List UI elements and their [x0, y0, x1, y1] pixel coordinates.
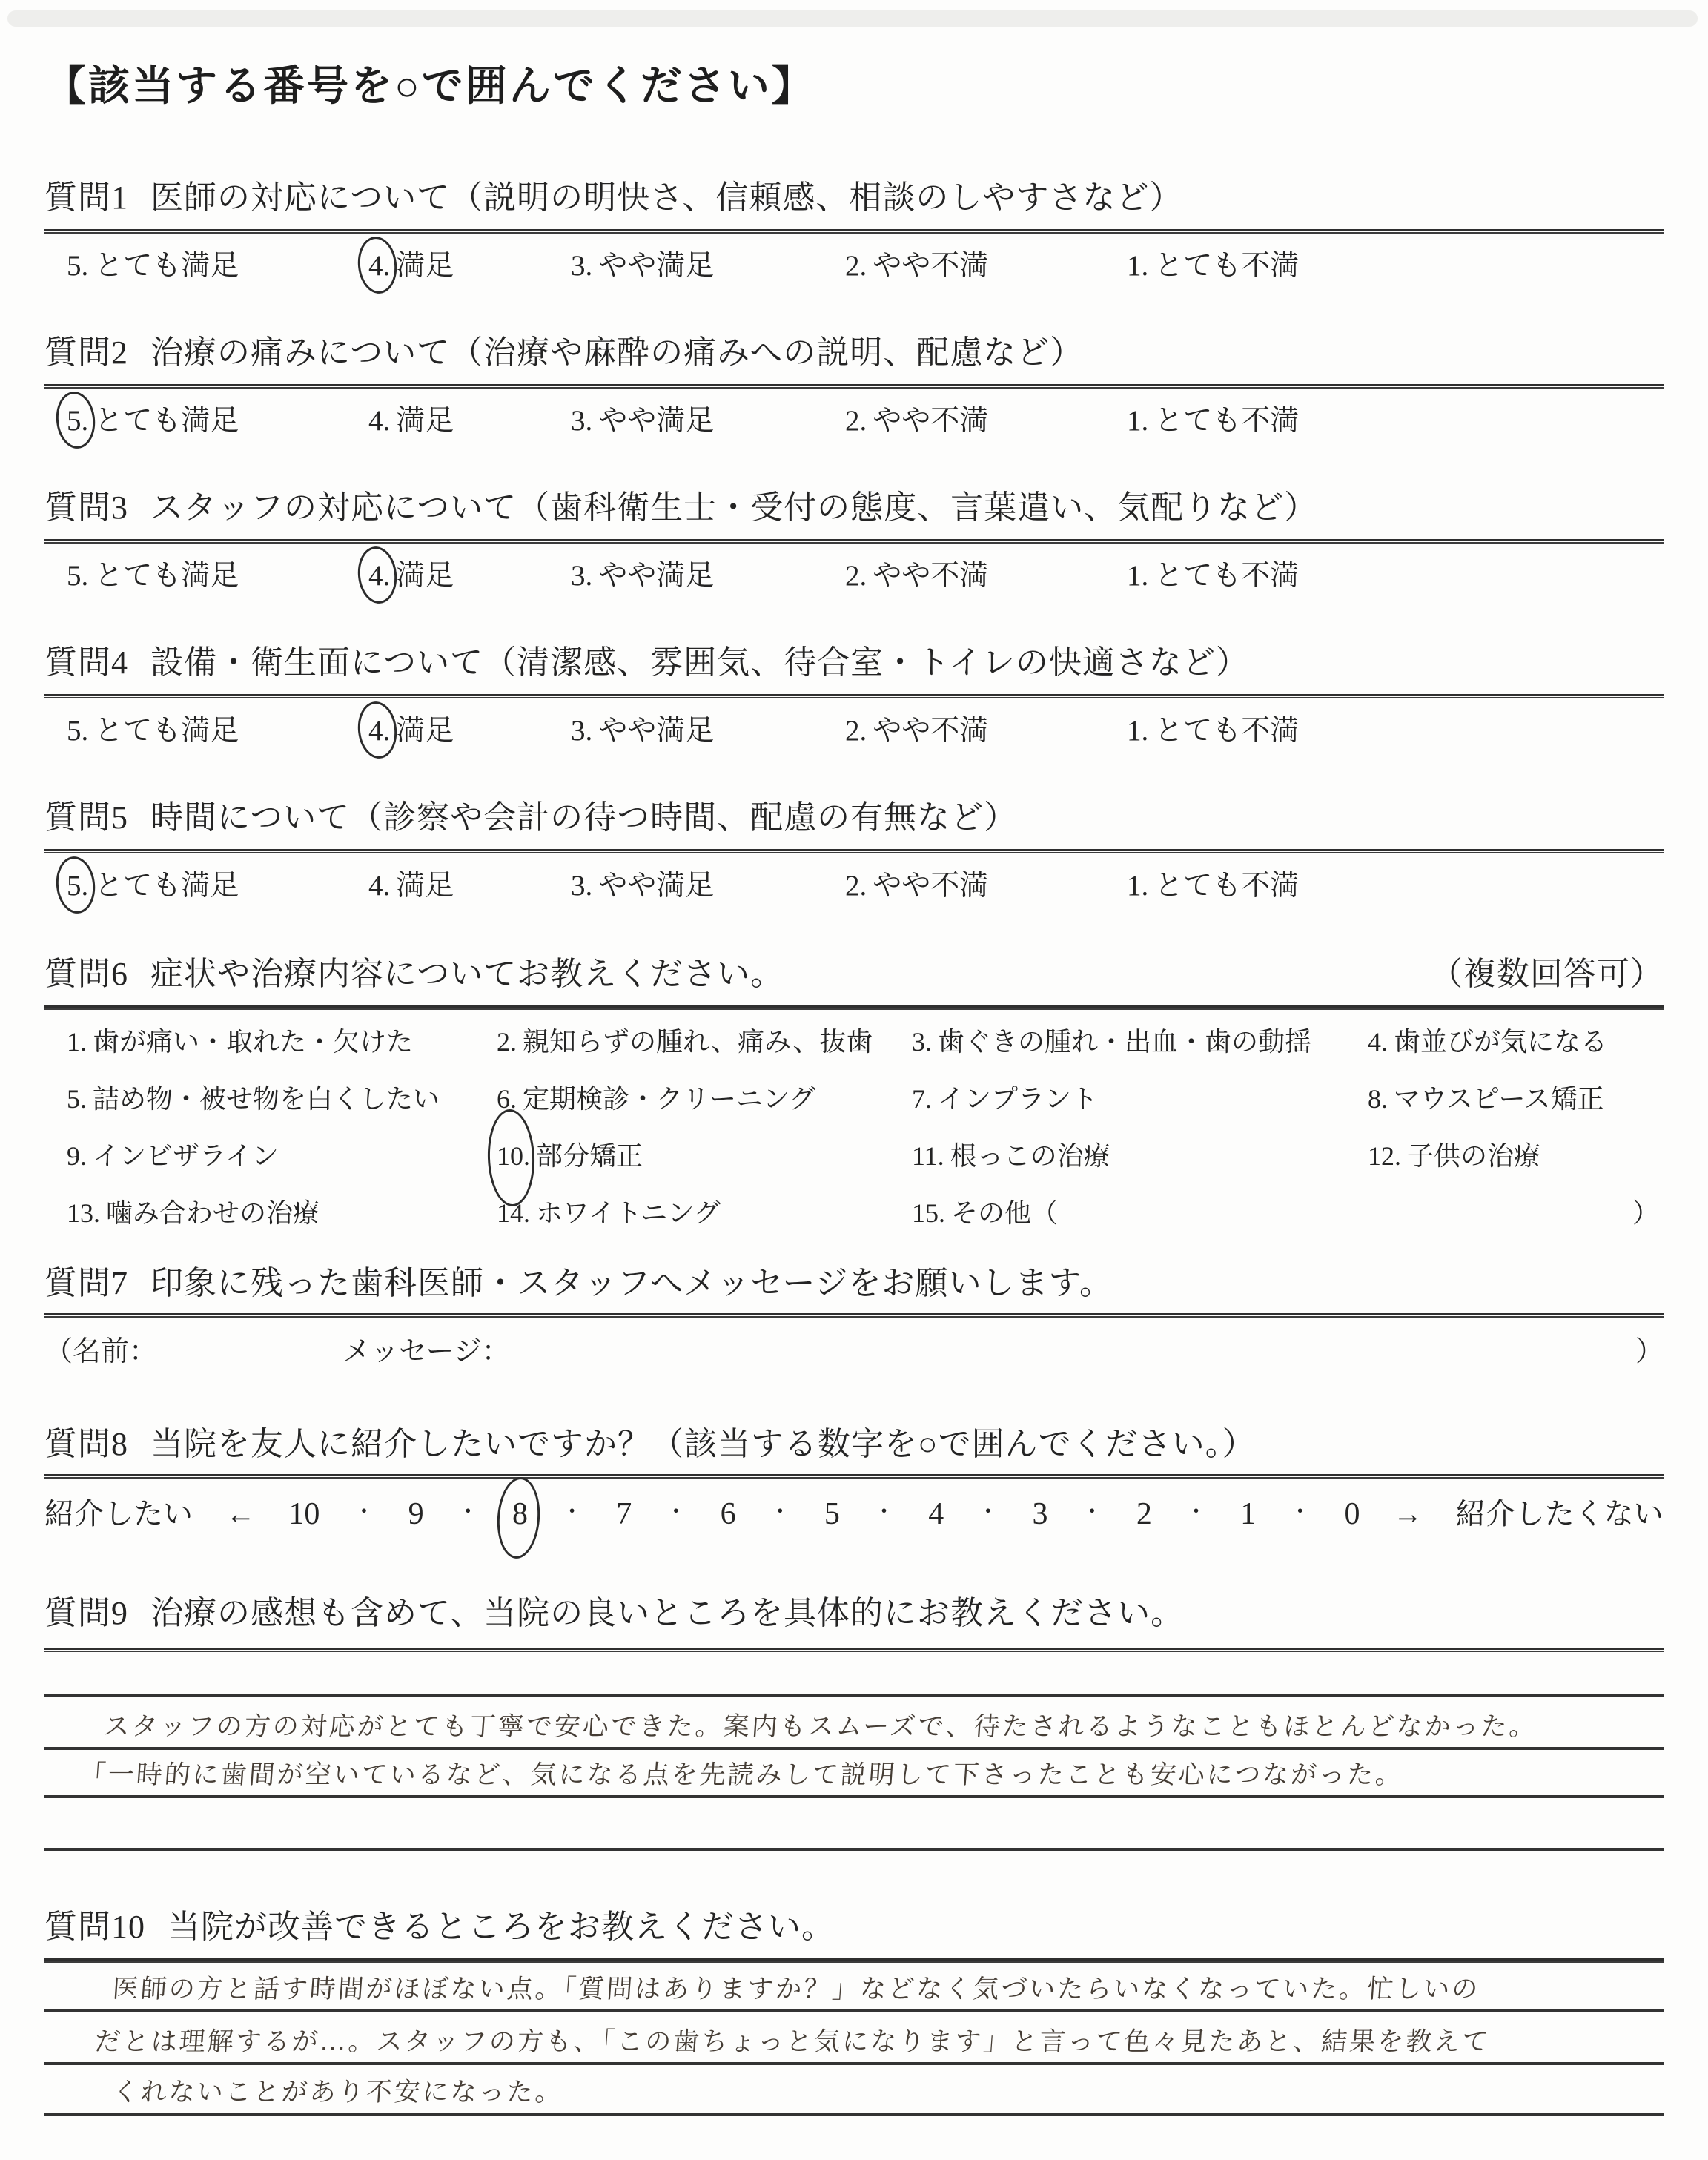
option-label: 定期検診・クリーニング: [523, 1084, 815, 1114]
option-label: とても満足: [94, 870, 239, 902]
checklist-item: 1.歯が痛い・取れた・欠けた: [67, 1026, 497, 1058]
question-9-heading: 質問9 治療の感想も含めて、当院の良いところを具体的にお教えください。: [44, 1594, 1664, 1633]
question-1-heading: 質問1 医師の対応について（説明の明快さ、信頼感、相談のしやすさなど）: [44, 179, 1664, 217]
option-label: とても不満: [1154, 250, 1299, 282]
scale-number: 8: [512, 1496, 528, 1532]
rating-option: 4.満足: [368, 403, 571, 440]
question-3-heading: 質問3 スタッフの対応について（歯科衛生士・受付の態度、言葉遣い、気配りなど）: [44, 489, 1664, 527]
option-number: 5.: [67, 403, 88, 440]
scale-number: 10: [288, 1496, 320, 1532]
option-number: 4.: [368, 558, 390, 595]
option-label: やや不満: [873, 250, 988, 282]
scale-dot: ・: [457, 1493, 479, 1526]
rating-options-q4: 5.とても満足 4.満足 3.やや満足 2.やや不満 1.とても不満: [44, 713, 1664, 750]
option-number: 5.: [67, 558, 88, 595]
question-title: 治療の感想も含めて、当院の良いところを具体的にお教えください。: [150, 1594, 1184, 1633]
rating-option: 1.とても不満: [1127, 248, 1664, 285]
option-label: やや満足: [598, 405, 714, 437]
option-number: 4.: [368, 248, 390, 285]
divider-line: [44, 1005, 1664, 1010]
option-label: とても満足: [94, 250, 239, 282]
option-number: 13.: [67, 1198, 100, 1229]
answer-area-q9: スタッフの方の対応がとても丁寧で安心できた。案内もスムーズで、待たされるようなこ…: [44, 1652, 1664, 1851]
option-label: 根っこの治療: [950, 1141, 1110, 1171]
question-9: 質問9 治療の感想も含めて、当院の良いところを具体的にお教えください。 スタッフ…: [44, 1594, 1664, 1851]
option-label: やや不満: [873, 870, 988, 902]
option-label: ホワイトニング: [536, 1198, 721, 1228]
option-number: 3.: [571, 248, 592, 285]
answer-line: スタッフの方の対応がとても丁寧で安心できた。案内もスムーズで、待たされるようなこ…: [44, 1697, 1664, 1750]
question-4: 質問4 設備・衛生面について（清潔感、雰囲気、待合室・トイレの快適さなど） 5.…: [44, 644, 1664, 750]
rating-options-q1: 5.とても満足 4.満足 3.やや満足 2.やや不満 1.とても不満: [44, 248, 1664, 285]
rating-option: 2.やや不満: [845, 248, 1127, 285]
rating-option: 3.やや満足: [571, 868, 845, 905]
survey-form-page: 【該当する番号を○で囲んでください】 質問1 医師の対応について（説明の明快さ、…: [0, 0, 1708, 2160]
option-number: 6.: [497, 1083, 517, 1115]
question-title: 印象に残った歯科医師・スタッフへメッセージをお願いします。: [150, 1264, 1113, 1303]
question-title: 症状や治療内容についてお教えください。: [150, 955, 784, 994]
answer-line: 医師の方と話す時間がほぼない点。「質問はありますか？」などなく気づいたらいなくな…: [44, 1963, 1664, 2012]
question-4-heading: 質問4 設備・衛生面について（清潔感、雰囲気、待合室・トイレの快適さなど）: [44, 644, 1664, 682]
checklist-item: 9.インビザライン: [67, 1140, 497, 1172]
checklist-item-other: 15.その他（: [912, 1198, 1368, 1229]
name-message-line: （名前： メッセージ： ）: [44, 1328, 1664, 1364]
option-number: 1.: [1127, 713, 1148, 750]
question-number: 質問6: [44, 955, 128, 994]
option-label: 親知らずの腫れ、痛み、抜歯: [523, 1027, 873, 1057]
checklist-item: 5.詰め物・被せ物を白くしたい: [67, 1083, 497, 1115]
option-number: 1.: [1127, 868, 1148, 905]
rating-option: 4.満足: [368, 248, 571, 285]
option-label: とても満足: [94, 405, 239, 437]
scale-dot: ・: [873, 1493, 896, 1526]
option-label: とても満足: [94, 715, 239, 747]
handwritten-text: スタッフの方の対応がとても丁寧で安心できた。案内もスムーズで、待たされるようなこ…: [102, 1706, 1538, 1743]
scale-dot: ・: [1185, 1493, 1207, 1526]
question-5: 質問5 時間について（診察や会計の待つ時間、配慮の有無など） 5.とても満足 4…: [44, 799, 1664, 905]
checklist-item: 14.ホワイトニング: [497, 1198, 912, 1229]
option-number: 3.: [571, 713, 592, 750]
answer-line: [44, 2116, 1664, 2160]
checklist-item: 10.部分矯正: [497, 1140, 912, 1172]
checklist-item: 11.根っこの治療: [912, 1140, 1368, 1172]
option-label: とても不満: [1154, 870, 1299, 902]
scale-dot: ・: [769, 1493, 791, 1526]
question-title: 設備・衛生面について（清潔感、雰囲気、待合室・トイレの快適さなど）: [150, 644, 1249, 682]
option-label: とても不満: [1154, 560, 1299, 592]
option-number: 2.: [845, 868, 867, 905]
option-label: やや満足: [598, 250, 714, 282]
rating-option: 5.とても満足: [67, 248, 368, 285]
option-label: とても不満: [1154, 405, 1299, 437]
question-2: 質問2 治療の痛みについて（治療や麻酔の痛みへの説明、配慮など） 5.とても満足…: [44, 334, 1664, 440]
divider-line: [44, 384, 1664, 389]
answer-line: [44, 1798, 1664, 1851]
option-number: 2.: [845, 403, 867, 440]
option-number: 1.: [1127, 248, 1148, 285]
option-label: その他（: [951, 1198, 1058, 1228]
rating-option: 5.とても満足: [67, 403, 368, 440]
rating-option: 3.やや満足: [571, 403, 845, 440]
nps-scale: 紹介したい ← 10 ・ 9 ・ 8 ・ 7 ・ 6 ・ 5 ・ 4 ・ 3 ・…: [44, 1490, 1664, 1532]
question-7: 質問7 印象に残った歯科医師・スタッフへメッセージをお願いします。 （名前： メ…: [44, 1264, 1664, 1364]
scale-dot: ・: [561, 1493, 583, 1526]
option-number: 12.: [1368, 1140, 1401, 1172]
scale-dot: ・: [665, 1493, 687, 1526]
option-label: やや不満: [873, 560, 988, 592]
option-number: 2.: [845, 248, 867, 285]
rating-option: 4.満足: [368, 713, 571, 750]
answer-line: 「一時的に歯間が空いているなど、気になる点を先読みして説明して下さったことも安心…: [44, 1750, 1664, 1798]
question-2-heading: 質問2 治療の痛みについて（治療や麻酔の痛みへの説明、配慮など）: [44, 334, 1664, 372]
message-field-label: メッセージ：: [342, 1328, 510, 1369]
option-label: 歯並びが気になる: [1394, 1027, 1607, 1057]
question-number: 質問2: [44, 334, 128, 372]
option-number: 5.: [67, 1083, 87, 1115]
divider-line: [44, 1313, 1664, 1318]
handwritten-text: くれないことがあり不安になった。: [111, 2072, 565, 2109]
rating-option: 2.やや不満: [845, 558, 1127, 595]
divider-line: [44, 1474, 1664, 1479]
rating-option: 3.やや満足: [571, 248, 845, 285]
scale-number: 3: [1033, 1496, 1048, 1532]
option-label: インプラント: [938, 1084, 1098, 1114]
option-number: 15.: [912, 1198, 945, 1229]
option-label: 噛み合わせの治療: [106, 1198, 320, 1228]
option-number: 4.: [1368, 1026, 1388, 1058]
option-label: 満足: [396, 250, 454, 282]
divider-line: [44, 229, 1664, 234]
option-label: 満足: [396, 560, 454, 592]
scale-number: 0: [1344, 1496, 1360, 1532]
rating-option: 1.とても不満: [1127, 713, 1664, 750]
handwritten-text: 「一時的に歯間が空いているなど、気になる点を先読みして説明して下さったことも安心…: [79, 1754, 1405, 1791]
option-label: やや満足: [598, 715, 714, 747]
question-title: スタッフの対応について（歯科衛生士・受付の態度、言葉遣い、気配りなど）: [150, 489, 1317, 527]
left-arrow-icon: ←: [226, 1496, 256, 1531]
question-1: 質問1 医師の対応について（説明の明快さ、信頼感、相談のしやすさなど） 5.とて…: [44, 179, 1664, 285]
checklist-item: 6.定期検診・クリーニング: [497, 1083, 912, 1115]
option-number: 9.: [67, 1140, 87, 1172]
scale-number: 9: [408, 1496, 424, 1532]
question-10-heading: 質問10 当院が改善できるところをお教えください。: [44, 1908, 1664, 1946]
option-number: 5.: [67, 868, 88, 905]
symptom-checklist: 1.歯が痛い・取れた・欠けた 2.親知らずの腫れ、痛み、抜歯 3.歯ぐきの腫れ・…: [44, 1026, 1664, 1230]
checklist-item: 3.歯ぐきの腫れ・出血・歯の動揺: [912, 1026, 1368, 1058]
option-number: 7.: [912, 1083, 932, 1115]
answer-line: くれないことがあり不安になった。: [44, 2065, 1664, 2116]
scale-number: 2: [1136, 1496, 1152, 1532]
rating-option: 2.やや不満: [845, 403, 1127, 440]
option-label: 満足: [396, 715, 454, 747]
rating-option: 2.やや不満: [845, 713, 1127, 750]
option-label: 子供の治療: [1407, 1141, 1540, 1171]
option-label: やや不満: [873, 715, 988, 747]
answer-line: [44, 1652, 1664, 1697]
checklist-item: 12.子供の治療: [1368, 1140, 1664, 1172]
scale-number: 5: [824, 1496, 840, 1532]
question-number: 質問10: [44, 1908, 145, 1946]
scale-number: 7: [616, 1496, 632, 1532]
question-number: 質問5: [44, 799, 128, 837]
option-label: とても不満: [1154, 715, 1299, 747]
close-paren: ）: [1635, 1328, 1664, 1369]
rating-option: 4.満足: [368, 868, 571, 905]
option-label: インビザライン: [93, 1141, 279, 1171]
rating-option: 2.やや不満: [845, 868, 1127, 905]
option-number: 1.: [67, 1026, 87, 1058]
right-arrow-icon: →: [1393, 1496, 1423, 1531]
question-number: 質問7: [44, 1264, 128, 1303]
question-8: 質問8 当院を友人に紹介したいですか？（該当する数字を○で囲んでください。） 紹…: [44, 1425, 1664, 1532]
question-8-heading: 質問8 当院を友人に紹介したいですか？（該当する数字を○で囲んでください。）: [44, 1425, 1664, 1464]
option-number: 3.: [571, 403, 592, 440]
option-number: 3.: [571, 558, 592, 595]
option-number: 5.: [67, 713, 88, 750]
question-number: 質問4: [44, 644, 128, 682]
option-number: 4.: [368, 868, 390, 905]
question-6-heading: 質問6 症状や治療内容についてお教えください。 （複数回答可）: [44, 955, 1664, 994]
question-number: 質問1: [44, 179, 128, 217]
option-label: やや不満: [873, 405, 988, 437]
rating-option: 5.とても満足: [67, 868, 368, 905]
option-number: 5.: [67, 248, 88, 285]
rating-option: 1.とても不満: [1127, 403, 1664, 440]
scale-left-label: 紹介したい: [44, 1490, 193, 1533]
option-label: とても満足: [94, 560, 239, 592]
handwritten-text: だとは理解するが…。スタッフの方も、「この歯ちょっと気になります」と言って色々見…: [93, 2021, 1492, 2058]
rating-options-q2: 5.とても満足 4.満足 3.やや満足 2.やや不満 1.とても不満: [44, 403, 1664, 440]
option-number: 3.: [571, 868, 592, 905]
rating-option: 1.とても不満: [1127, 558, 1664, 595]
scale-dot: ・: [977, 1493, 999, 1526]
divider-line: [44, 849, 1664, 853]
rating-option: 3.やや満足: [571, 558, 845, 595]
rating-option: 5.とても満足: [67, 558, 368, 595]
option-number: 8.: [1368, 1083, 1388, 1115]
checklist-item: 13.噛み合わせの治療: [67, 1198, 497, 1229]
option-number: 2.: [845, 713, 867, 750]
option-number: 4.: [368, 713, 390, 750]
question-title: 当院が改善できるところをお教えください。: [168, 1908, 835, 1946]
checklist-item: 7.インプラント: [912, 1083, 1368, 1115]
option-label: 部分矯正: [536, 1141, 643, 1171]
question-title: 時間について（診察や会計の待つ時間、配慮の有無など）: [150, 799, 1017, 837]
handwritten-text: 医師の方と話す時間がほぼない点。「質問はありますか？」などなく気づいたらいなくな…: [111, 1969, 1481, 2006]
question-title: 治療の痛みについて（治療や麻酔の痛みへの説明、配慮など）: [150, 334, 1083, 372]
question-5-heading: 質問5 時間について（診察や会計の待つ時間、配慮の有無など）: [44, 799, 1664, 837]
rating-option: 5.とても満足: [67, 713, 368, 750]
answer-area-q10: 医師の方と話す時間がほぼない点。「質問はありますか？」などなく気づいたらいなくな…: [44, 1963, 1664, 2160]
option-number: 2.: [497, 1026, 517, 1058]
option-number: 10.: [497, 1140, 530, 1172]
option-label: 詰め物・被せ物を白くしたい: [93, 1084, 440, 1114]
rating-options-q3: 5.とても満足 4.満足 3.やや満足 2.やや不満 1.とても不満: [44, 558, 1664, 595]
question-10: 質問10 当院が改善できるところをお教えください。 医師の方と話す時間がほぼない…: [44, 1908, 1664, 2160]
option-label: 歯が痛い・取れた・欠けた: [93, 1027, 413, 1057]
answer-line: だとは理解するが…。スタッフの方も、「この歯ちょっと気になります」と言って色々見…: [44, 2012, 1664, 2065]
question-number: 質問9: [44, 1594, 128, 1633]
option-number: 1.: [1127, 558, 1148, 595]
rating-options-q5: 5.とても満足 4.満足 3.やや満足 2.やや不満 1.とても不満: [44, 868, 1664, 905]
question-6: 質問6 症状や治療内容についてお教えください。 （複数回答可） 1.歯が痛い・取…: [44, 955, 1664, 1230]
question-number: 質問8: [44, 1425, 128, 1464]
rating-option: 3.やや満足: [571, 713, 845, 750]
scale-dot: ・: [353, 1493, 375, 1526]
question-3: 質問3 スタッフの対応について（歯科衛生士・受付の態度、言葉遣い、気配りなど） …: [44, 489, 1664, 595]
option-number: 2.: [845, 558, 867, 595]
other-close-paren: ）: [1368, 1198, 1664, 1229]
multiple-answers-note: （複数回答可）: [1430, 955, 1664, 994]
option-number: 1.: [1127, 403, 1148, 440]
divider-line: [44, 539, 1664, 544]
rating-option: 1.とても不満: [1127, 868, 1664, 905]
scan-edge-artifact: [7, 10, 1698, 27]
option-label: 満足: [396, 405, 454, 437]
option-number: 11.: [912, 1140, 944, 1172]
option-number: 3.: [912, 1026, 932, 1058]
option-label: マウスピース矯正: [1394, 1084, 1604, 1114]
scale-number: 1: [1240, 1496, 1256, 1532]
question-title: 医師の対応について（説明の明快さ、信頼感、相談のしやすさなど）: [150, 179, 1182, 217]
option-label: やや満足: [598, 870, 714, 902]
option-number: 4.: [368, 403, 390, 440]
question-7-heading: 質問7 印象に残った歯科医師・スタッフへメッセージをお願いします。: [44, 1264, 1664, 1303]
checklist-item: 2.親知らずの腫れ、痛み、抜歯: [497, 1026, 912, 1058]
option-label: 満足: [396, 870, 454, 902]
rating-option: 4.満足: [368, 558, 571, 595]
checklist-item: 4.歯並びが気になる: [1368, 1026, 1664, 1058]
scale-right-label: 紹介したくない: [1456, 1490, 1664, 1533]
question-number: 質問3: [44, 489, 128, 527]
question-title: 当院を友人に紹介したいですか？（該当する数字を○で囲んでください。）: [150, 1425, 1256, 1464]
option-number: 14.: [497, 1198, 530, 1229]
scale-dot: ・: [1289, 1493, 1311, 1526]
option-label: 歯ぐきの腫れ・出血・歯の動揺: [938, 1027, 1311, 1057]
name-field-label: （名前：: [44, 1328, 157, 1369]
scale-number: 4: [928, 1496, 944, 1532]
option-label: やや満足: [598, 560, 714, 592]
scale-number: 6: [721, 1496, 736, 1532]
divider-line: [44, 694, 1664, 698]
checklist-item: 8.マウスピース矯正: [1368, 1083, 1664, 1115]
scale-dot: ・: [1081, 1493, 1103, 1526]
